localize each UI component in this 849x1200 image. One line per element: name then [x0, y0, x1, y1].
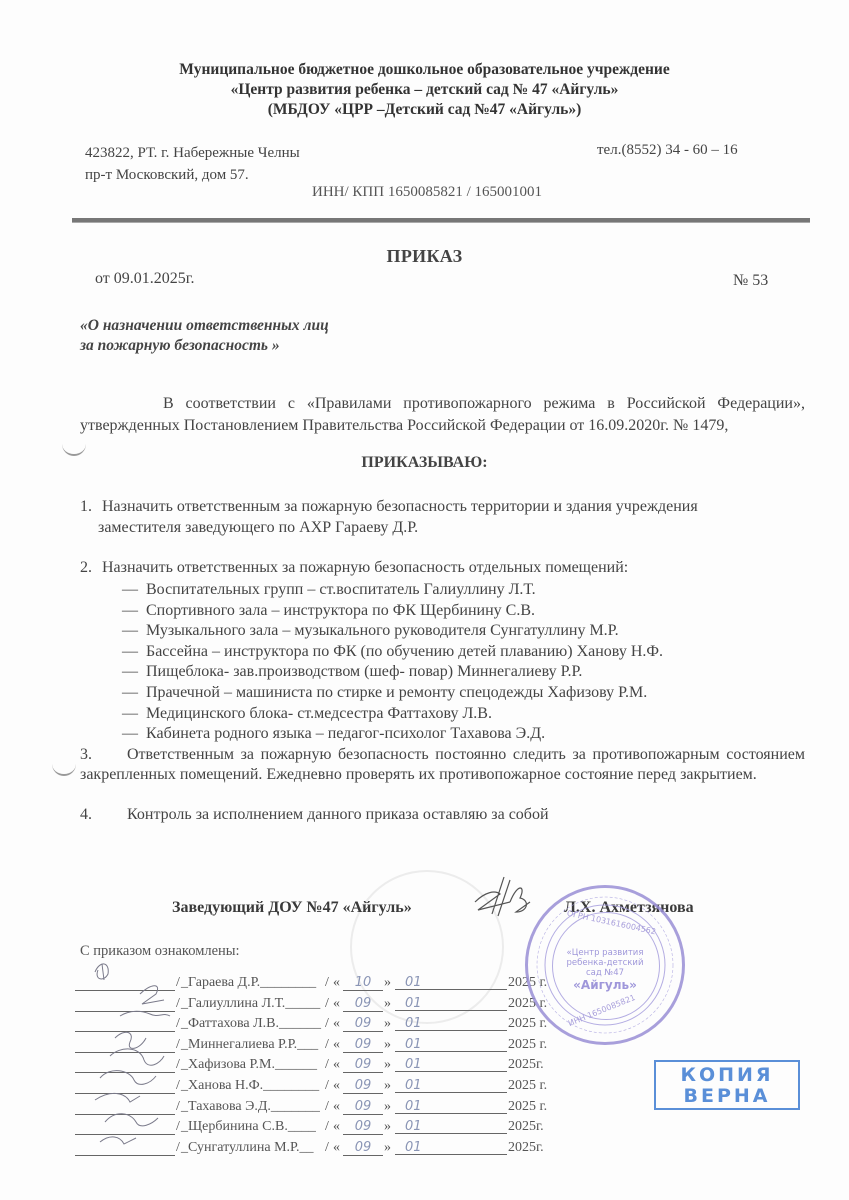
- year-value: 2025г.: [508, 1140, 544, 1156]
- month-value: 01: [395, 1078, 507, 1093]
- order-subject: «О назначении ответственных лиц за пожар…: [80, 316, 329, 356]
- employee-signatures-icon: [80, 960, 190, 1160]
- day-value: 09: [343, 996, 383, 1012]
- copy-stamp-line-1: КОПИЯ: [656, 1065, 798, 1086]
- employee-name: _Гараева Д.Р.________: [181, 975, 316, 991]
- list-item: —Бассейна – инструктора по ФК (по обучен…: [122, 642, 663, 663]
- round-seal-stamp: «Центр развития ребенка-детский сад №47 …: [525, 885, 685, 1045]
- list-item: —Кабинета родного языка – педагог-психол…: [122, 724, 663, 745]
- year-value: 2025 г.: [508, 1099, 547, 1115]
- subject-line-2: за пожарную безопасность »: [80, 336, 329, 356]
- month-value: 01: [395, 1140, 507, 1155]
- list-item: —Воспитательных групп – ст.воспитатель Г…: [122, 580, 663, 601]
- day-value: 09: [343, 1016, 383, 1032]
- list-item: —Медицинского блока- ст.медсестра Фаттах…: [122, 704, 663, 725]
- employee-name: _Щербинина С.В.____: [181, 1119, 316, 1135]
- employee-name: _Ханова Н.Ф.________: [181, 1078, 319, 1094]
- day-value: 09: [343, 1057, 383, 1073]
- head-position: Заведующий ДОУ №47 «Айгуль»: [172, 899, 412, 917]
- responsible-list: —Воспитательных групп – ст.воспитатель Г…: [122, 580, 663, 745]
- order-item-4: 4.Контроль за исполнением данного приказ…: [80, 806, 549, 824]
- day-value: 10: [343, 975, 383, 991]
- month-value: 01: [395, 1099, 507, 1114]
- list-item: —Спортивного зала – инструктора по ФК Ще…: [122, 601, 663, 622]
- item-text: Назначить ответственных за пожарную безо…: [102, 559, 628, 576]
- item-number: 1.: [80, 496, 98, 517]
- item-text: Ответственным за пожарную безопасность п…: [80, 746, 805, 783]
- subject-line-1: «О назначении ответственных лиц: [80, 316, 329, 336]
- item-number: 4.: [80, 806, 127, 824]
- address: 423822, РТ. г. Набережные Челны пр-т Мос…: [85, 142, 300, 186]
- employee-name: _Тахавова Э.Д._______: [181, 1099, 320, 1115]
- seal-text: «Центр развития ребенка-детский сад №47 …: [528, 948, 682, 993]
- list-item: —Музыкального зала – музыкального руково…: [122, 621, 663, 642]
- copy-stamp-line-2: ВЕРНА: [656, 1086, 798, 1107]
- employee-name: _Сунгатуллина М.Р.__: [181, 1140, 314, 1156]
- year-value: 2025 г.: [508, 1037, 547, 1053]
- organization-header: Муниципальное бюджетное дошкольное образ…: [0, 60, 849, 120]
- month-value: 01: [395, 1057, 507, 1072]
- inn-kpp: ИНН/ КПП 1650085821 / 165001001: [312, 184, 542, 201]
- item-text-continued: заместителя заведующего по АХР Гараеву Д…: [80, 517, 805, 538]
- item-number: 2.: [80, 559, 98, 577]
- day-value: 09: [343, 1078, 383, 1094]
- list-item: —Прачечной – машиниста по стирке и ремон…: [122, 683, 663, 704]
- order-date: от 09.01.2025г.: [95, 270, 195, 288]
- org-name-line-3: (МБДОУ «ЦРР –Детский сад №47 «Айгуль»): [0, 100, 849, 120]
- month-value: 01: [395, 996, 507, 1011]
- address-line-1: 423822, РТ. г. Набережные Челны: [85, 142, 300, 164]
- preamble-text: В соответствии с «Правилами противопожар…: [80, 395, 805, 434]
- year-value: 2025г.: [508, 1057, 544, 1073]
- month-value: 01: [395, 1037, 507, 1052]
- phone: тел.(8552) 34 - 60 – 16: [597, 142, 738, 159]
- item-text: Контроль за исполнением данного приказа …: [127, 806, 549, 823]
- org-name-line-2: «Центр развития ребенка – детский сад № …: [0, 80, 849, 100]
- day-value: 09: [343, 1037, 383, 1053]
- year-value: 2025 г.: [508, 1078, 547, 1094]
- day-value: 09: [343, 1099, 383, 1115]
- org-name-line-1: Муниципальное бюджетное дошкольное образ…: [0, 60, 849, 80]
- order-number: № 53: [733, 272, 768, 290]
- order-item-3: 3.Ответственным за пожарную безопасность…: [80, 745, 805, 785]
- certified-copy-stamp: КОПИЯ ВЕРНА: [654, 1060, 800, 1110]
- preamble: В соответствии с «Правилами противопожар…: [80, 393, 805, 437]
- employee-name: _Хафизова Р.М.______: [181, 1057, 317, 1073]
- acknowledgement-title: С приказом ознакомлены:: [80, 943, 240, 960]
- year-value: 2025г.: [508, 1119, 544, 1135]
- employee-name: _Галиуллина Л.Т._____: [181, 996, 320, 1012]
- order-item-1: 1. Назначить ответственным за пожарную б…: [80, 496, 805, 538]
- month-value: 01: [395, 1119, 507, 1134]
- item-number: 3.: [80, 745, 127, 765]
- address-line-2: пр-т Московский, дом 57.: [85, 164, 300, 186]
- employee-name: _Фаттахова Л.В.______: [181, 1016, 321, 1032]
- order-word: ПРИКАЗЫВАЮ:: [0, 454, 849, 472]
- employee-name: _Миннегалиева Р.Р.___: [181, 1037, 318, 1053]
- month-value: 01: [395, 975, 507, 990]
- order-item-2: 2. Назначить ответственных за пожарную б…: [80, 559, 628, 577]
- day-value: 09: [343, 1140, 383, 1156]
- month-value: 01: [395, 1016, 507, 1031]
- list-item: —Пищеблока- зав.производством (шеф- пова…: [122, 662, 663, 683]
- head-signature-icon: [470, 872, 540, 927]
- punch-hole-mark: [52, 764, 76, 776]
- document-title: ПРИКАЗ: [0, 246, 849, 267]
- header-divider: [72, 218, 810, 223]
- day-value: 09: [343, 1119, 383, 1135]
- item-text: Назначить ответственным за пожарную безо…: [102, 498, 698, 515]
